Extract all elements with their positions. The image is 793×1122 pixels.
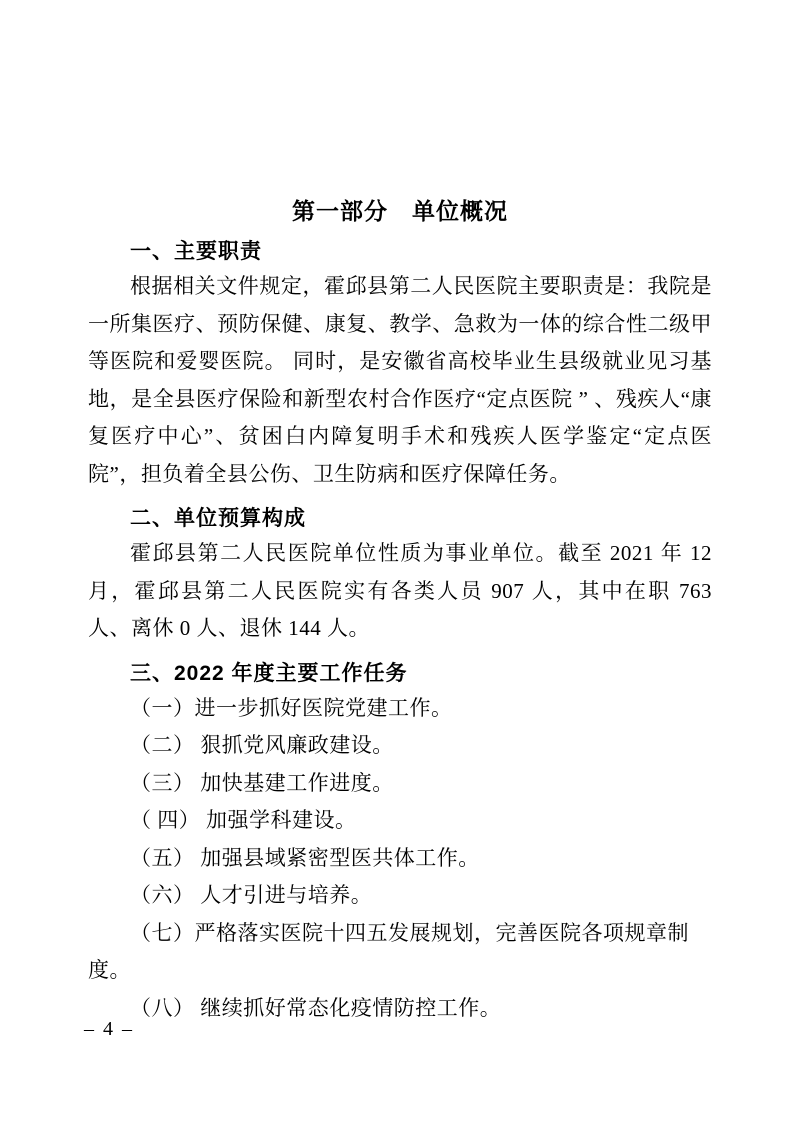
paragraph-main-duties: 根据相关文件规定，霍邱县第二人民医院主要职责是：我院是一所集医疗、预防保健、康复… [88,268,712,493]
page-title: 第一部分 单位概况 [88,196,712,226]
task-item-5: （五） 加强县域紧密型医共体工作。 [88,840,712,878]
task-item-8: （八） 继续抓好常态化疫情防控工作。 [88,990,712,1028]
section-heading-main-duties: 一、主要职责 [88,238,712,266]
task-item-4: （ 四） 加强学科建设。 [88,802,712,840]
section-heading-budget-composition: 二、单位预算构成 [88,505,712,533]
page-number: – 4 – [84,1018,134,1041]
task-item-6: （六） 人才引进与培养。 [88,877,712,915]
task-item-2: （二） 狠抓党风廉政建设。 [88,727,712,765]
task-item-1: （一）进一步抓好医院党建工作。 [88,690,712,728]
task-item-7: （七）严格落实医院十四五发展规划，完善医院各项规章制度。 [88,915,712,990]
task-item-3: （三） 加快基建工作进度。 [88,765,712,803]
paragraph-budget-composition: 霍邱县第二人民医院单位性质为事业单位。截至 2021 年 12 月，霍邱县第二人… [88,535,712,648]
page-content: 第一部分 单位概况 一、主要职责 根据相关文件规定，霍邱县第二人民医院主要职责是… [88,196,712,1027]
task-list: （一）进一步抓好医院党建工作。 （二） 狠抓党风廉政建设。 （三） 加快基建工作… [88,690,712,1028]
document-page: 第一部分 单位概况 一、主要职责 根据相关文件规定，霍邱县第二人民医院主要职责是… [0,0,793,1122]
section-heading-2022-tasks: 三、2022 年度主要工作任务 [88,660,712,688]
